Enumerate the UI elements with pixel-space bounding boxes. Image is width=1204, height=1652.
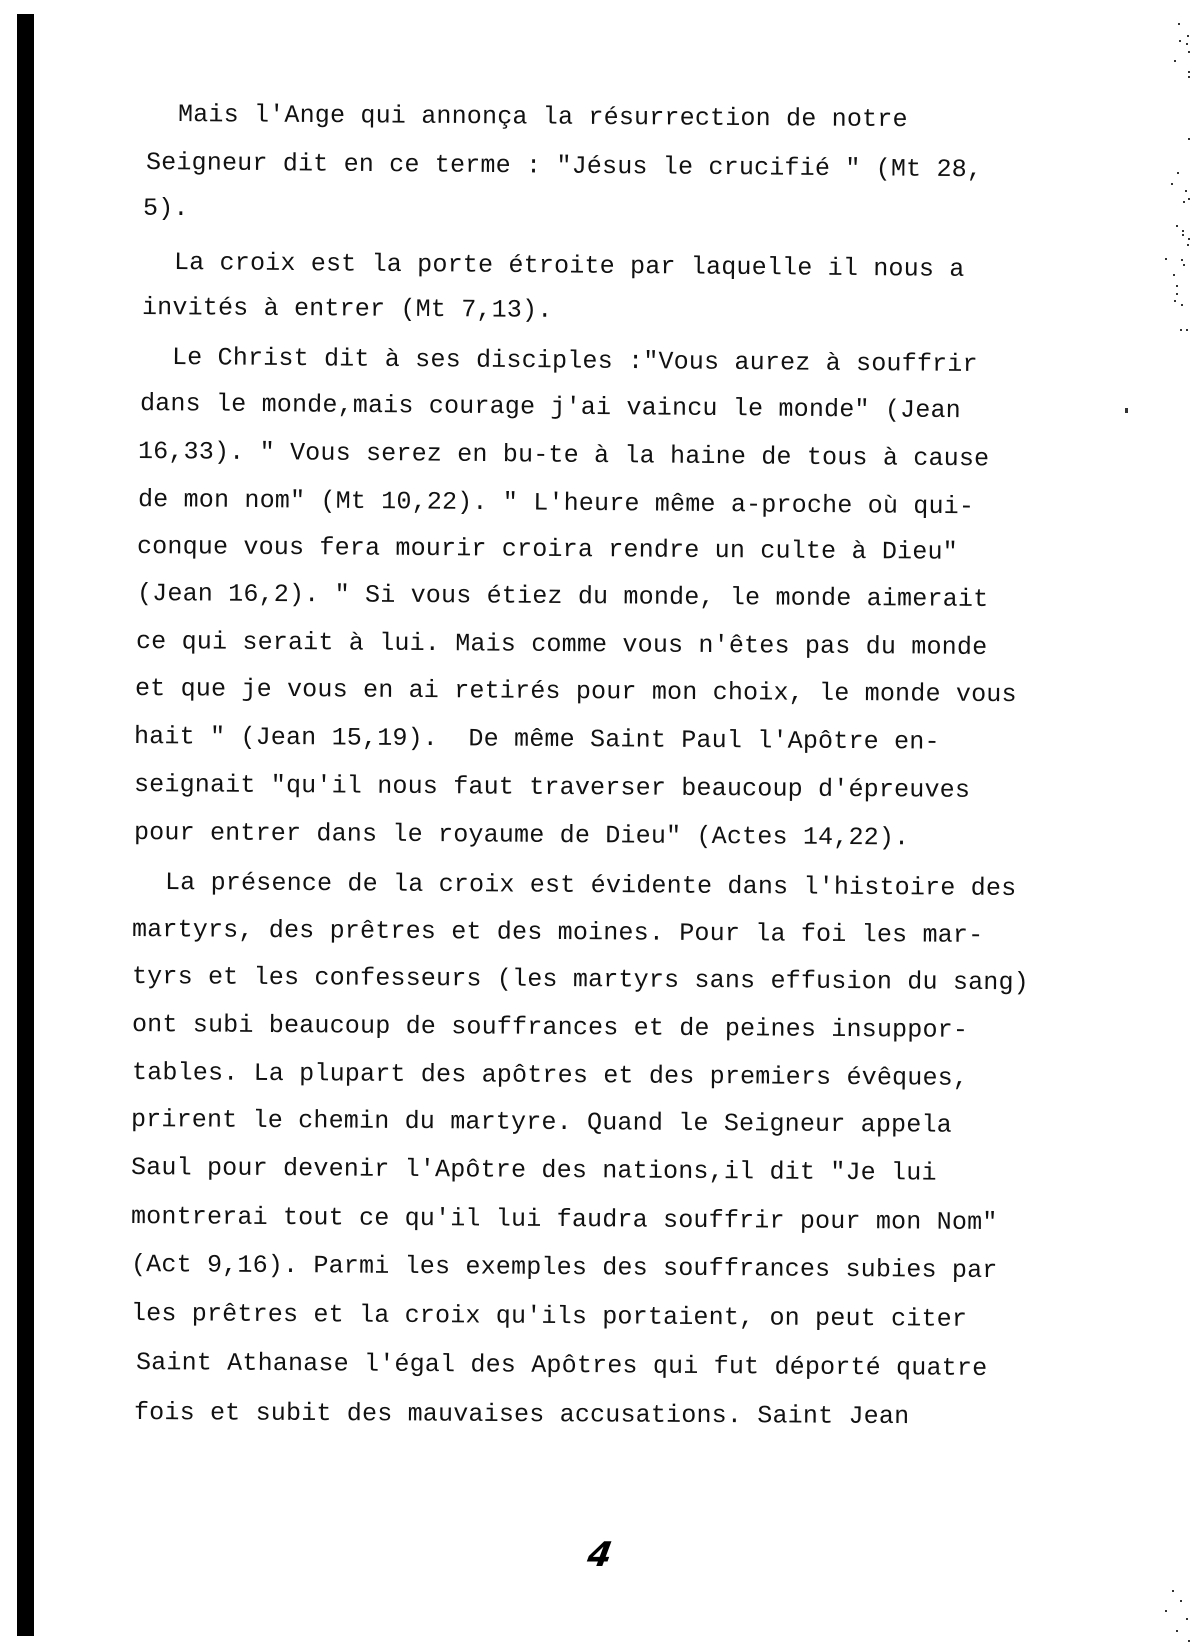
text-line: ce qui serait à lui. Mais comme vous n'ê…	[136, 627, 988, 663]
text-line: (Jean 16,2). " Si vous étiez du monde, l…	[137, 579, 989, 615]
text-line: conque vous fera mourir croira rendre un…	[137, 532, 958, 568]
text-line: martyrs, des prêtres et des moines. Pour…	[132, 915, 984, 951]
text-line: 5).	[143, 194, 189, 224]
text-line: tables. La plupart des apôtres et des pr…	[132, 1058, 968, 1094]
text-line: hait " (Jean 15,19). De même Saint Paul …	[134, 722, 940, 758]
text-line: (Act 9,16). Parmi les exemples des souff…	[131, 1250, 998, 1286]
text-line: seignait "qu'il nous faut traverser beau…	[134, 770, 970, 806]
text-line: La croix est la porte étroite par laquel…	[174, 248, 965, 285]
text-line: Saul pour devenir l'Apôtre des nations,i…	[131, 1153, 937, 1189]
text-line: Mais l'Ange qui annonça la résurrection …	[178, 100, 908, 135]
text-line: ont subi beaucoup de souffrances et de p…	[132, 1010, 968, 1046]
text-line: les prêtres et la croix qu'ils portaient…	[131, 1299, 967, 1335]
text-line: La présence de la croix est évidente dan…	[165, 868, 1017, 904]
text-line: prirent le chemin du martyre. Quand le S…	[131, 1105, 952, 1141]
text-line: Seigneur dit en ce terme : "Jésus le cru…	[146, 148, 982, 185]
text-line: et que je vous en ai retirés pour mon ch…	[135, 674, 1017, 710]
text-line: 16,33). " Vous serez en bu-te à la haine…	[138, 437, 990, 474]
scanned-page: Mais l'Ange qui annonça la résurrection …	[0, 0, 1204, 1652]
text-line: dans le monde,mais courage j'ai vaincu l…	[140, 389, 961, 426]
text-line: Saint Athanase l'égal des Apôtres qui fu…	[136, 1348, 988, 1384]
text-line: tyrs et les confesseurs (les martyrs san…	[132, 962, 1029, 998]
text-line: de mon nom" (Mt 10,22). " L'heure même a…	[138, 485, 974, 522]
text-line: Le Christ dit à ses disciples :"Vous aur…	[172, 343, 978, 380]
text-line: invités à entrer (Mt 7,13).	[142, 293, 553, 326]
page-number: 4	[584, 1535, 615, 1575]
text-line: pour entrer dans le royaume de Dieu" (Ac…	[134, 818, 910, 853]
text-line: montrerai tout ce qu'il lui faudra souff…	[131, 1202, 998, 1238]
scan-binding-edge	[17, 14, 34, 1636]
text-line: fois et subit des mauvaises accusations.…	[134, 1398, 909, 1432]
